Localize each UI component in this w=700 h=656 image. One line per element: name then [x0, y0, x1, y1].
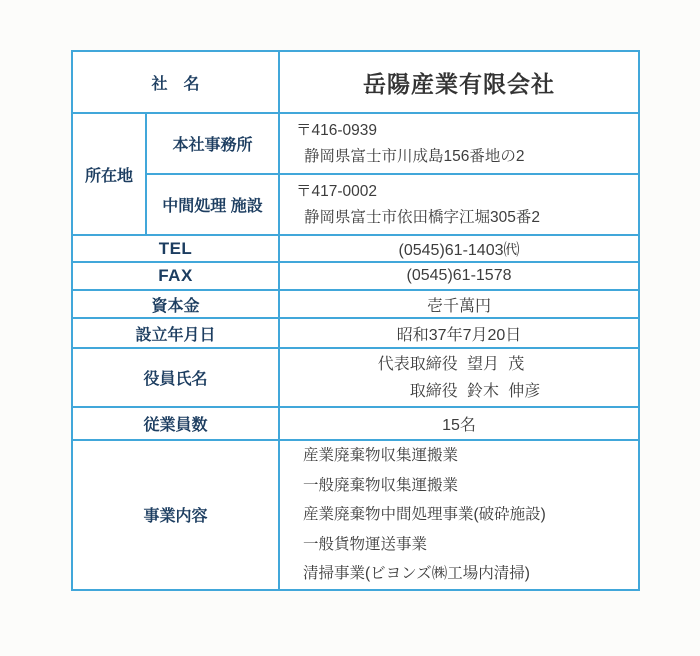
fax-label: FAX — [72, 262, 279, 290]
business-item-2: 一般廃棄物収集運搬業 — [280, 471, 638, 501]
tel-label: TEL — [72, 235, 279, 262]
table-row-fax: FAX (0545)61-1578 — [72, 262, 639, 290]
processing-facility-label: 中間処理 施設 — [146, 174, 279, 235]
established-label: 設立年月日 — [72, 318, 279, 348]
business-items-cell: 産業廃棄物収集運搬業 一般廃棄物収集運搬業 産業廃棄物中間処理事業(破砕施設) … — [279, 440, 639, 590]
officers-label: 役員氏名 — [72, 348, 279, 407]
business-item-4: 一般貨物運送事業 — [280, 530, 638, 560]
company-profile-table: 社 名 岳陽産業有限会社 所在地 本社事務所 〒416-0939 静岡県富士市川… — [71, 50, 640, 591]
head-office-address-cell: 〒416-0939 静岡県富士市川成島156番地の2 — [279, 113, 639, 174]
head-office-label: 本社事務所 — [146, 113, 279, 174]
processing-facility-address-cell: 〒417-0002 静岡県富士市依田橋字江堀305番2 — [279, 174, 639, 235]
table-row-employees: 従業員数 15名 — [72, 407, 639, 440]
location-label: 所在地 — [72, 113, 146, 235]
table-row-head-office: 所在地 本社事務所 〒416-0939 静岡県富士市川成島156番地の2 — [72, 113, 639, 174]
table-row-established: 設立年月日 昭和37年7月20日 — [72, 318, 639, 348]
tel-value: (0545)61-1403㈹ — [279, 235, 639, 262]
table-row-tel: TEL (0545)61-1403㈹ — [72, 235, 639, 262]
capital-value: 壱千萬円 — [279, 290, 639, 318]
officer-line-1: 代表取締役 望月 茂 — [378, 351, 541, 378]
business-label: 事業内容 — [72, 440, 279, 590]
processing-facility-postal: 〒417-0002 — [280, 179, 638, 205]
head-office-postal: 〒416-0939 — [280, 118, 638, 144]
table-row-company-name: 社 名 岳陽産業有限会社 — [72, 51, 639, 113]
table-row-processing-facility: 中間処理 施設 〒417-0002 静岡県富士市依田橋字江堀305番2 — [72, 174, 639, 235]
table-row-business: 事業内容 産業廃棄物収集運搬業 一般廃棄物収集運搬業 産業廃棄物中間処理事業(破… — [72, 440, 639, 590]
business-item-1: 産業廃棄物収集運搬業 — [280, 441, 638, 471]
company-name-value: 岳陽産業有限会社 — [279, 51, 639, 113]
head-office-address: 静岡県富士市川成島156番地の2 — [280, 144, 638, 170]
table-row-officers: 役員氏名 代表取締役 望月 茂 取締役 鈴木 伸彦 — [72, 348, 639, 407]
company-profile-page: 社 名 岳陽産業有限会社 所在地 本社事務所 〒416-0939 静岡県富士市川… — [71, 50, 640, 591]
business-item-3: 産業廃棄物中間処理事業(破砕施設) — [280, 500, 638, 530]
company-name-label: 社 名 — [72, 51, 279, 113]
business-item-5: 清掃事業(ビヨンズ㈱工場内清掃) — [280, 559, 638, 589]
established-value: 昭和37年7月20日 — [279, 318, 639, 348]
employees-value: 15名 — [279, 407, 639, 440]
capital-label: 資本金 — [72, 290, 279, 318]
fax-value: (0545)61-1578 — [279, 262, 639, 290]
officer-line-2: 取締役 鈴木 伸彦 — [378, 378, 541, 405]
processing-facility-address: 静岡県富士市依田橋字江堀305番2 — [280, 205, 638, 231]
officers-value-cell: 代表取締役 望月 茂 取締役 鈴木 伸彦 — [279, 348, 639, 407]
table-row-capital: 資本金 壱千萬円 — [72, 290, 639, 318]
employees-label: 従業員数 — [72, 407, 279, 440]
